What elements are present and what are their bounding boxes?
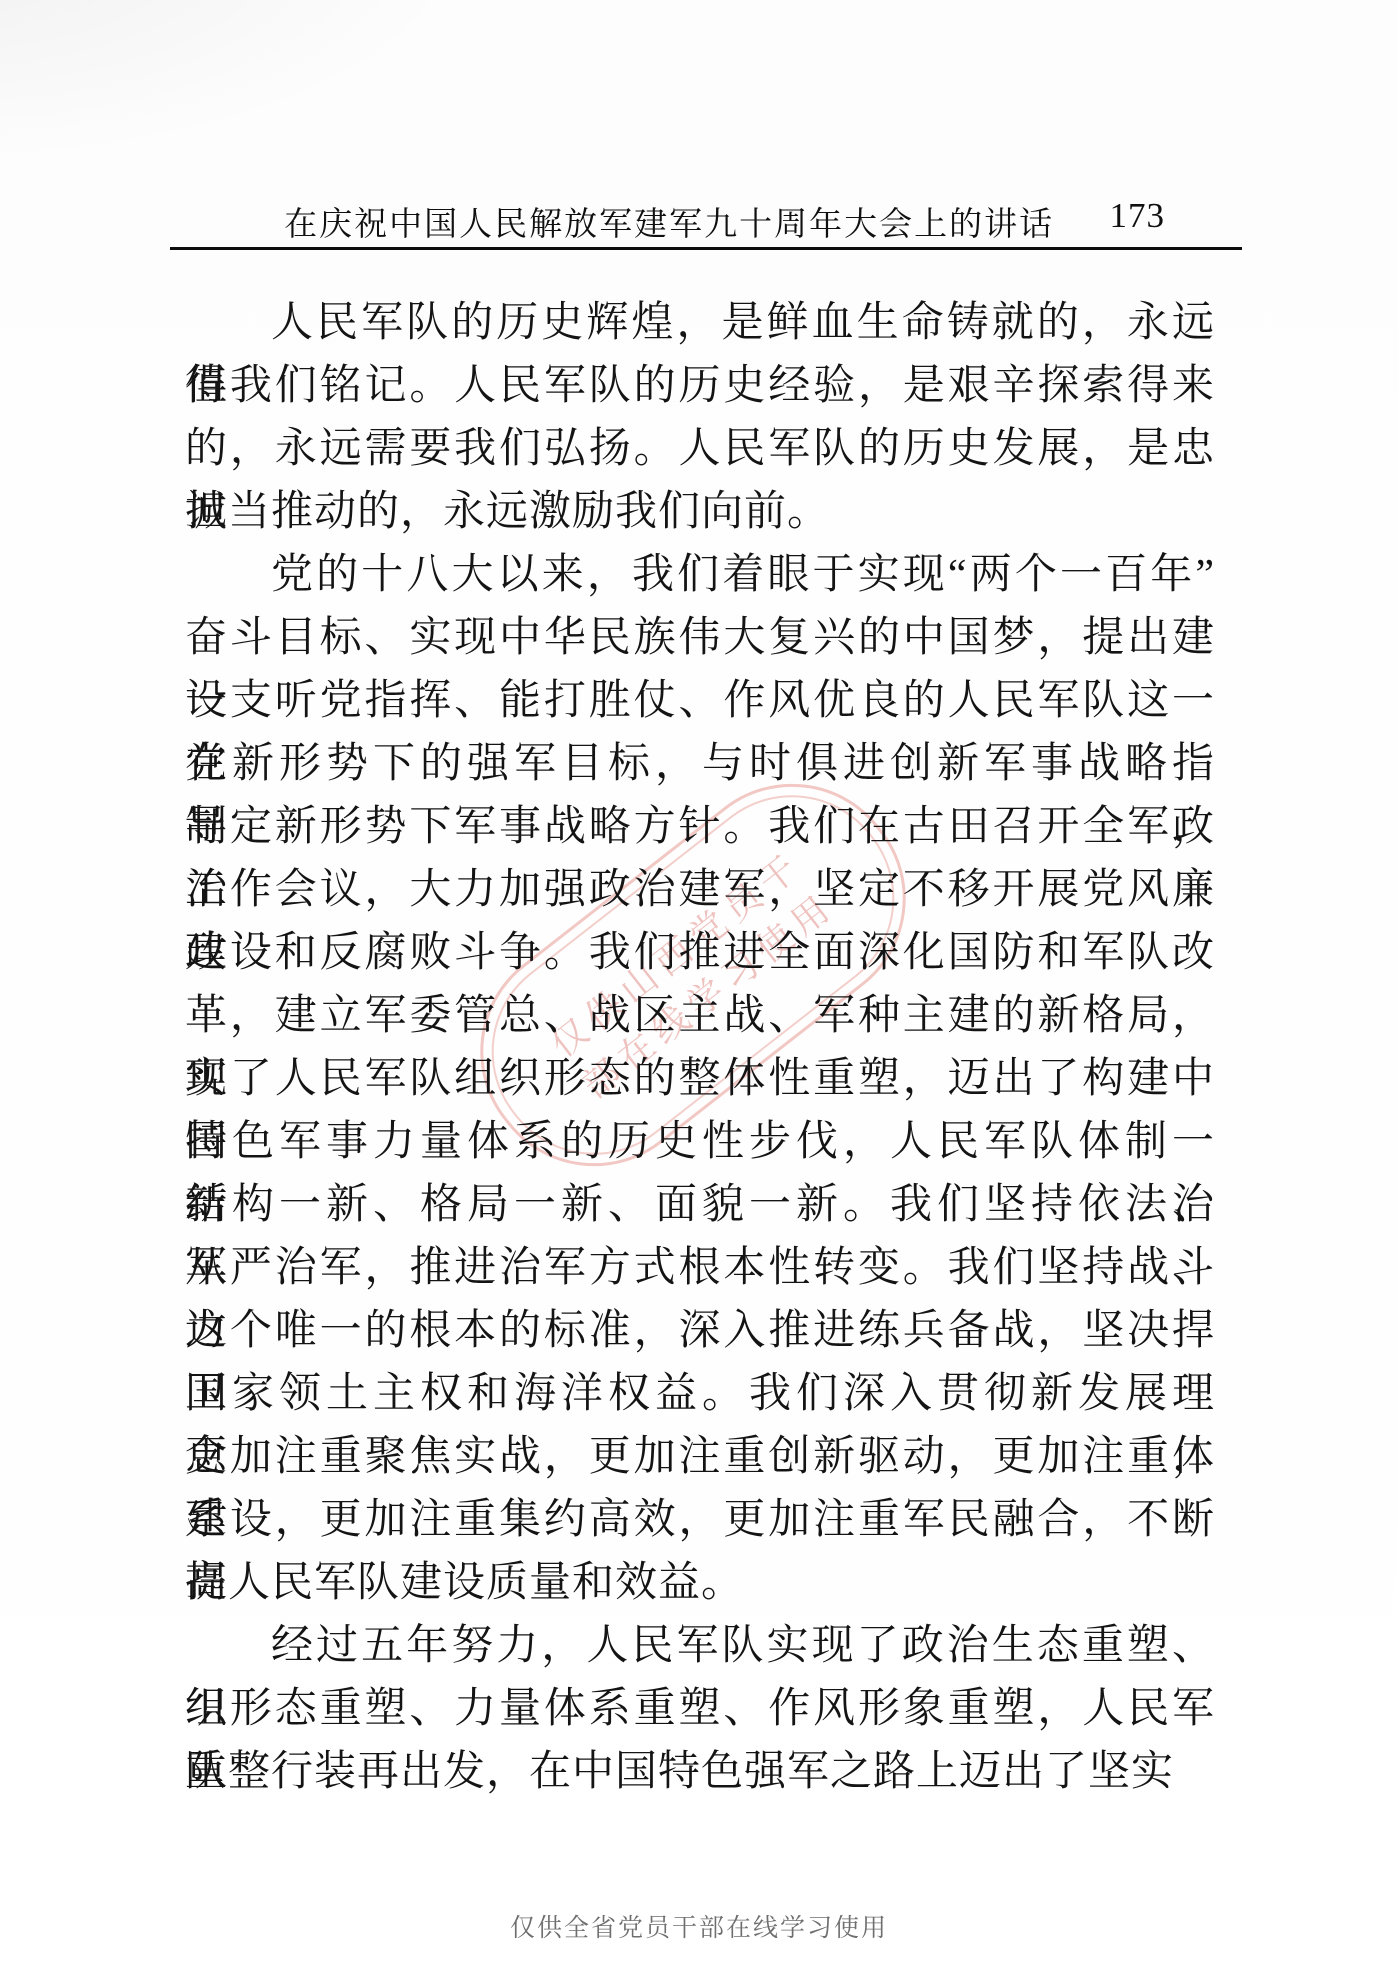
page-number: 173 [1110,196,1166,236]
body-line: 结构一新、格局一新、面貌一新。我们坚持依法治军、 [185,1174,1215,1237]
body-line: 现了人民军队组织形态的整体性重塑，迈出了构建中国 [185,1048,1215,1111]
body-line: 更加注重聚焦实战，更加注重创新驱动，更加注重体系 [185,1426,1215,1489]
page-footer: 仅供全省党员干部在线学习使用 [0,1908,1398,1944]
body-line: 高人民军队建设质量和效益。 [185,1552,1215,1615]
running-title: 在庆祝中国人民解放军建军九十周年大会上的讲话 [284,198,1054,245]
page-header: 在庆祝中国人民解放军建军九十周年大会上的讲话 173 [185,196,1215,244]
body-line: 得我们铭记。人民军队的历史经验，是艰辛探索得来 [185,355,1215,418]
body-line: 重整行装再出发，在中国特色强军之路上迈出了坚实 [185,1741,1215,1804]
body-line: 党的十八大以来，我们着眼于实现“两个一百年” [185,544,1215,607]
body-line: 担当推动的，永远激励我们向前。 [185,481,1215,544]
body-line: 经过五年努力，人民军队实现了政治生态重塑、组 [185,1615,1215,1678]
body-line: 的，永远需要我们弘扬。人民军队的历史发展，是忠诚 [185,418,1215,481]
body-line: 这个唯一的根本的标准，深入推进练兵备战，坚决捍卫 [185,1300,1215,1363]
body-line: 工作会议，大力加强政治建军，坚定不移开展党风廉政 [185,859,1215,922]
header-rule [170,247,1242,250]
body-line: 建设，更加注重集约高效，更加注重军民融合，不断提 [185,1489,1215,1552]
body-line: 人民军队的历史辉煌，是鲜血生命铸就的，永远值 [185,292,1215,355]
book-page: 在庆祝中国人民解放军建军九十周年大会上的讲话 173 人民军队的历史辉煌，是鲜血… [0,0,1398,1965]
body-line: 制定新形势下军事战略方针。我们在古田召开全军政治 [185,796,1215,859]
body-text: 人民军队的历史辉煌，是鲜血生命铸就的，永远值得我们铭记。人民军队的历史经验，是艰… [185,292,1215,1804]
body-line: 建设和反腐败斗争。我们推进全面深化国防和军队改 [185,922,1215,985]
body-line: 一支听党指挥、能打胜仗、作风优良的人民军队这一党 [185,670,1215,733]
body-line: 在新形势下的强军目标，与时俱进创新军事战略指导， [185,733,1215,796]
body-line: 从严治军，推进治军方式根本性转变。我们坚持战斗力 [185,1237,1215,1300]
body-line: 革，建立军委管总、战区主战、军种主建的新格局，实 [185,985,1215,1048]
body-line: 特色军事力量体系的历史性步伐，人民军队体制一新、 [185,1111,1215,1174]
body-line: 国家领土主权和海洋权益。我们深入贯彻新发展理念， [185,1363,1215,1426]
body-line: 织形态重塑、力量体系重塑、作风形象重塑，人民军队 [185,1678,1215,1741]
body-line: 奋斗目标、实现中华民族伟大复兴的中国梦，提出建设 [185,607,1215,670]
